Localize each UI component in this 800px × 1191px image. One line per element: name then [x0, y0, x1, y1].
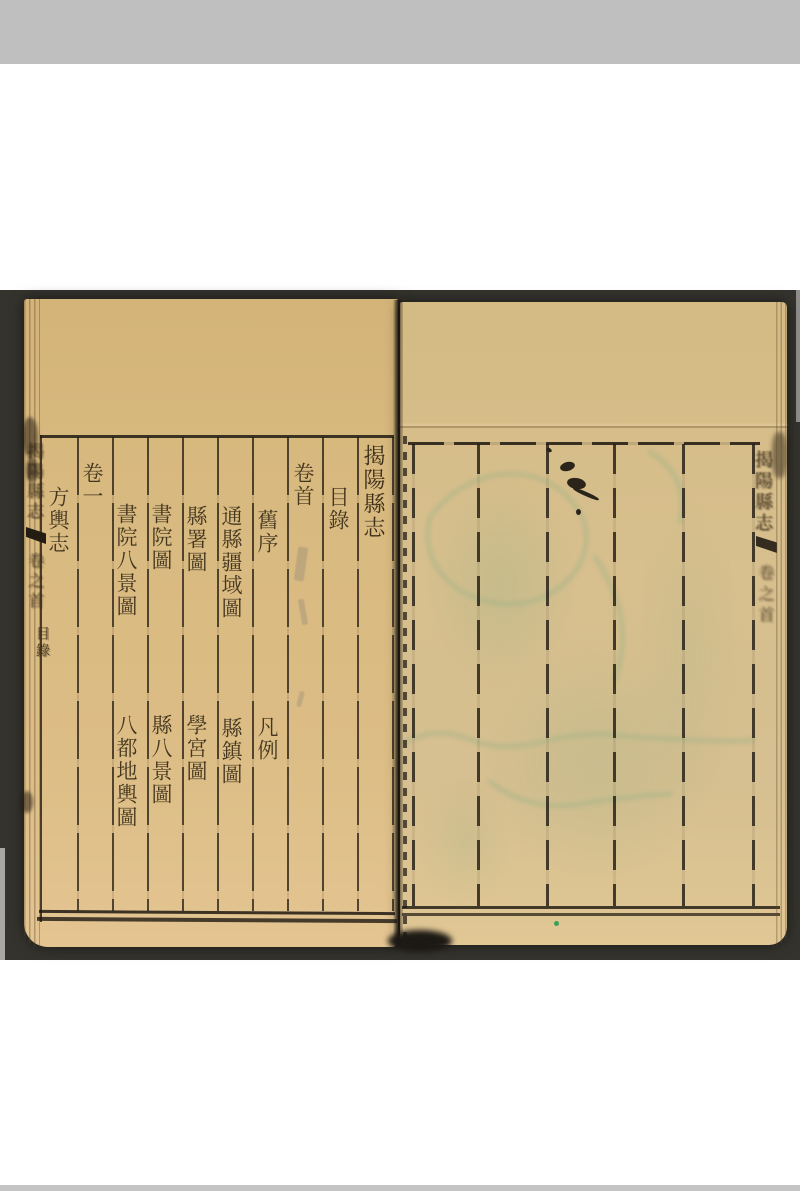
column-rule	[613, 444, 616, 906]
left-page-leaf-edges	[24, 299, 40, 947]
toc-entry-xianshu-tu: 縣署圖	[185, 505, 206, 574]
bleed-through-map-lines	[400, 302, 787, 955]
column-rule	[357, 437, 359, 911]
book-gutter-shadow	[393, 300, 403, 946]
column-rule	[546, 444, 549, 906]
left-spine-section: 卷之首	[26, 552, 42, 612]
toc-entry-juanshou: 卷首	[292, 462, 313, 508]
book-gutter-shadow-bottom	[388, 930, 452, 952]
frame-bottom-border	[37, 917, 397, 923]
frame-bottom-border	[402, 913, 780, 916]
toc-entry-badu-diyu-tu: 八都地輿圖	[115, 714, 136, 829]
column-rule	[287, 437, 289, 911]
gutter-fold-marks	[403, 436, 407, 948]
toc-heading: 目錄	[327, 486, 348, 532]
toc-entry-fanli: 凡例	[256, 716, 277, 762]
photo-edge-artifact-right	[796, 290, 800, 422]
column-rule	[412, 444, 415, 906]
toc-entry-xian-bajing-tu: 縣八景圖	[150, 714, 171, 806]
toc-book-title: 揭陽縣志	[362, 444, 384, 540]
scanner-margin-top	[0, 0, 800, 64]
toc-entry-tongxian-jiangyu-tu: 通縣疆域圖	[220, 505, 241, 620]
toc-entry-xuegong-tu: 學宮圖	[185, 714, 206, 783]
toc-entry-jiuxu: 舊序	[256, 509, 277, 555]
column-rule	[77, 437, 79, 911]
ink-blot	[21, 791, 33, 813]
ink-blot	[26, 457, 38, 483]
toc-entry-juan-yi: 卷一	[81, 462, 102, 508]
toc-entry-shuyuan-tu: 書院圖	[150, 503, 171, 572]
handwriting-mark	[296, 691, 305, 708]
frame-top-border	[408, 442, 760, 445]
fold-crease	[400, 426, 787, 428]
column-rule	[322, 437, 324, 911]
column-rule	[252, 437, 254, 911]
frame-bottom-border	[402, 906, 780, 909]
toc-entry-xianzhen-tu: 縣鎮圖	[220, 717, 241, 786]
column-rule	[477, 444, 480, 906]
toc-entry-fangyu-zhi: 方輿志	[47, 486, 68, 555]
scanned-book-screenshot: 揭陽縣志 卷之首 目錄 揭陽縣志 目錄 卷首 舊序 凡例 通縣疆域圖 縣鎮圖 縣…	[0, 0, 800, 1191]
ink-smudge	[576, 509, 581, 515]
toc-entry-shuyuan-bajing-tu: 書院八景圖	[115, 503, 136, 618]
column-rule	[682, 444, 685, 906]
scanner-margin-bottom	[0, 1185, 800, 1191]
handwriting-mark	[298, 599, 308, 626]
handwriting-mark	[294, 546, 309, 581]
right-page: 揭陽縣志 卷之首	[400, 302, 787, 945]
right-page-leaf-edges	[776, 302, 787, 945]
ink-blot	[22, 417, 38, 457]
right-spine-title: 揭陽縣志	[754, 450, 772, 534]
photo-edge-artifact-left	[0, 848, 5, 960]
right-spine-section: 卷之首	[756, 564, 772, 627]
green-speck-artifact	[554, 921, 559, 926]
left-page: 揭陽縣志 卷之首 目錄 揭陽縣志 目錄 卷首 舊序 凡例 通縣疆域圖 縣鎮圖 縣…	[24, 299, 398, 947]
left-spine-page-label: 目錄	[34, 626, 48, 660]
book-scan-photo: 揭陽縣志 卷之首 目錄 揭陽縣志 目錄 卷首 舊序 凡例 通縣疆域圖 縣鎮圖 縣…	[0, 290, 800, 960]
